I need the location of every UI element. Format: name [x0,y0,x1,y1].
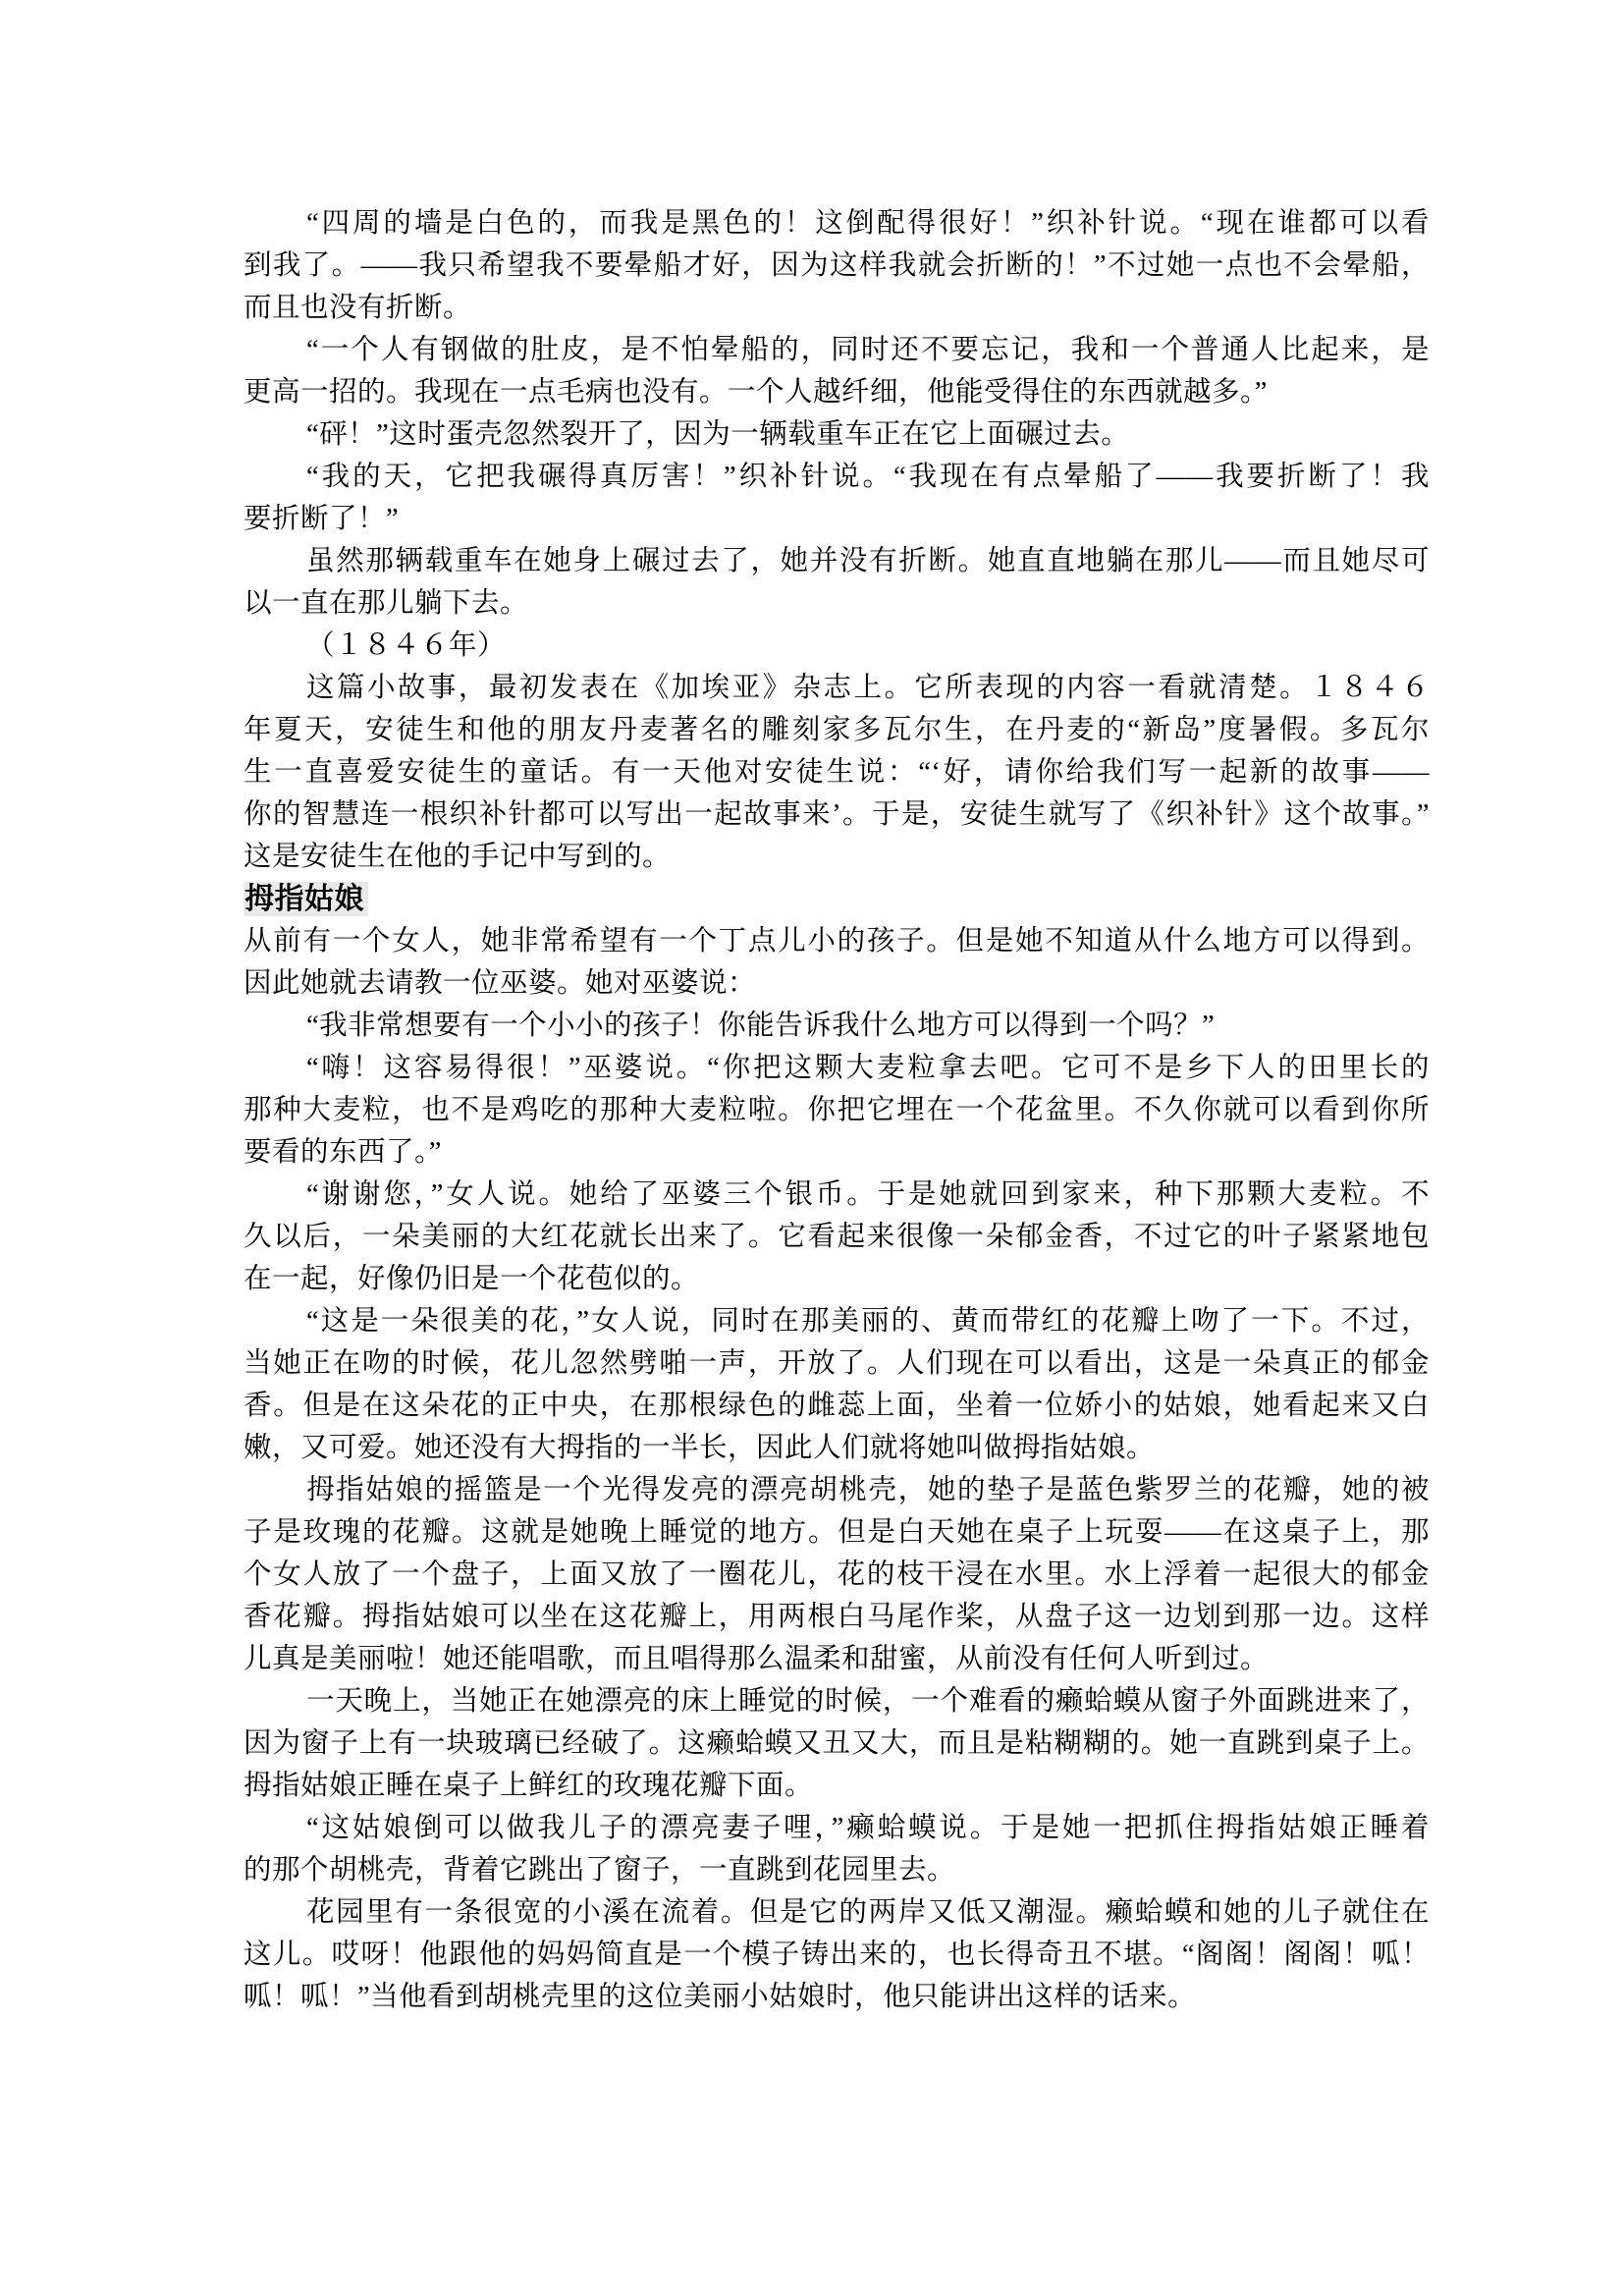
text-line: 香花瓣。拇指姑娘可以坐在这花瓣上，用两根白马尾作桨，从盘子这一边划到那一边。这样 [243,1596,1430,1638]
text-line: 呱！呱！”当他看到胡桃壳里的这位美丽小姑娘时，他只能讲出这样的话来。 [243,1976,1430,2018]
text-line: “砰！”这时蛋壳忽然裂开了，因为一辆载重车正在它上面碾过去。 [243,413,1430,456]
document-page: “四周的墙是白色的，而我是黑色的！这倒配得很好！”织补针说。“现在谁都可以看到我… [0,0,1623,2296]
text-line: 到我了。——我只希望我不要晕船才好，因为这样我就会折断的！”不过她一点也不会晕船… [243,245,1430,287]
text-line: 以一直在那儿躺下去。 [243,582,1430,625]
text-line: 个女人放了一个盘子，上面又放了一圈花儿，花的枝干浸在水里。水上浮着一起很大的郁金 [243,1554,1430,1596]
text-line: 而且也没有折断。 [243,287,1430,329]
text-line: 这儿。哎呀！他跟他的妈妈简直是一个模子铸出来的，也长得奇丑不堪。“阁阁！阁阁！呱… [243,1934,1430,1976]
text-line: 从前有一个女人，她非常希望有一个丁点儿小的孩子。但是她不知道从什么地方可以得到。 [243,920,1430,962]
text-line: “谢谢您，”女人说。她给了巫婆三个银币。于是她就回到家来，种下那颗大麦粒。不 [243,1174,1430,1216]
text-line: “嗨！这容易得很！”巫婆说。“你把这颗大麦粒拿去吧。它可不是乡下人的田里长的 [243,1047,1430,1089]
text-line: 的那个胡桃壳，背着它跳出了窗子，一直跳到花园里去。 [243,1849,1430,1891]
text-line: 嫩，又可爱。她还没有大拇指的一半长，因此人们就将她叫做拇指姑娘。 [243,1427,1430,1469]
section-heading: 拇指姑娘 [243,878,1430,920]
text-line: 年夏天，安徒生和他的朋友丹麦著名的雕刻家多瓦尔生，在丹麦的“新岛”度暑假。多瓦尔 [243,709,1430,751]
text-line: 生一直喜爱安徒生的童话。有一天他对安徒生说：“‘好，请你给我们写一起新的故事—— [243,751,1430,793]
text-line: 那种大麦粒，也不是鸡吃的那种大麦粒啦。你把它埋在一个花盆里。不久你就可以看到你所 [243,1089,1430,1131]
text-line: 花园里有一条很宽的小溪在流着。但是它的两岸又低又潮湿。癞蛤蟆和她的儿子就住在 [243,1891,1430,1934]
text-line: 要折断了！” [243,498,1430,540]
text-line: 你的智慧连一根织补针都可以写出一起故事来’。于是，安徒生就写了《织补针》这个故事… [243,793,1430,836]
text-line: 久以后，一朵美丽的大红花就长出来了。它看起来很像一朵郁金香，不过它的叶子紧紧地包 [243,1216,1430,1258]
text-line: （１８４６年） [243,625,1430,667]
text-line: 在一起，好像仍旧是一个花苞似的。 [243,1258,1430,1300]
text-line: “一个人有钢做的肚皮，是不怕晕船的，同时还不要忘记，我和一个普通人比起来，是 [243,329,1430,371]
heading-highlight: 拇指姑娘 [243,882,368,916]
text-line: 拇指姑娘正睡在桌子上鲜红的玫瑰花瓣下面。 [243,1765,1430,1807]
text-line: 这篇小故事，最初发表在《加埃亚》杂志上。它所表现的内容一看就清楚。１８４６ [243,667,1430,709]
text-line: 当她正在吻的时候，花儿忽然劈啪一声，开放了。人们现在可以看出，这是一朵真正的郁金 [243,1342,1430,1385]
text-line: 虽然那辆载重车在她身上碾过去了，她并没有折断。她直直地躺在那儿——而且她尽可 [243,540,1430,582]
document-text: “四周的墙是白色的，而我是黑色的！这倒配得很好！”织补针说。“现在谁都可以看到我… [243,202,1430,2018]
text-line: “我非常想要有一个小小的孩子！你能告诉我什么地方可以得到一个吗？” [243,1005,1430,1047]
text-line: 要看的东西了。” [243,1131,1430,1174]
text-line: “我的天，它把我碾得真厉害！”织补针说。“我现在有点晕船了——我要折断了！我 [243,456,1430,498]
text-line: 这是安徒生在他的手记中写到的。 [243,836,1430,878]
text-line: 儿真是美丽啦！她还能唱歌，而且唱得那么温柔和甜蜜，从前没有任何人听到过。 [243,1638,1430,1680]
text-line: 香。但是在这朵花的正中央，在那根绿色的雌蕊上面，坐着一位娇小的姑娘，她看起来又白 [243,1385,1430,1427]
text-line: “这是一朵很美的花，”女人说，同时在那美丽的、黄而带红的花瓣上吻了一下。不过， [243,1300,1430,1342]
text-line: 因为窗子上有一块玻璃已经破了。这癞蛤蟆又丑又大，而且是粘糊糊的。她一直跳到桌子上… [243,1722,1430,1765]
text-line: “这姑娘倒可以做我儿子的漂亮妻子哩，”癞蛤蟆说。于是她一把抓住拇指姑娘正睡着 [243,1807,1430,1849]
text-line: 因此她就去请教一位巫婆。她对巫婆说： [243,962,1430,1005]
text-line: 拇指姑娘的摇篮是一个光得发亮的漂亮胡桃壳，她的垫子是蓝色紫罗兰的花瓣，她的被 [243,1469,1430,1511]
text-line: 一天晚上，当她正在她漂亮的床上睡觉的时候，一个难看的癞蛤蟆从窗子外面跳进来了， [243,1680,1430,1722]
text-line: 更高一招的。我现在一点毛病也没有。一个人越纤细，他能受得住的东西就越多。” [243,371,1430,413]
text-line: “四周的墙是白色的，而我是黑色的！这倒配得很好！”织补针说。“现在谁都可以看 [243,202,1430,245]
text-line: 子是玫瑰的花瓣。这就是她晚上睡觉的地方。但是白天她在桌子上玩耍——在这桌子上，那 [243,1511,1430,1554]
